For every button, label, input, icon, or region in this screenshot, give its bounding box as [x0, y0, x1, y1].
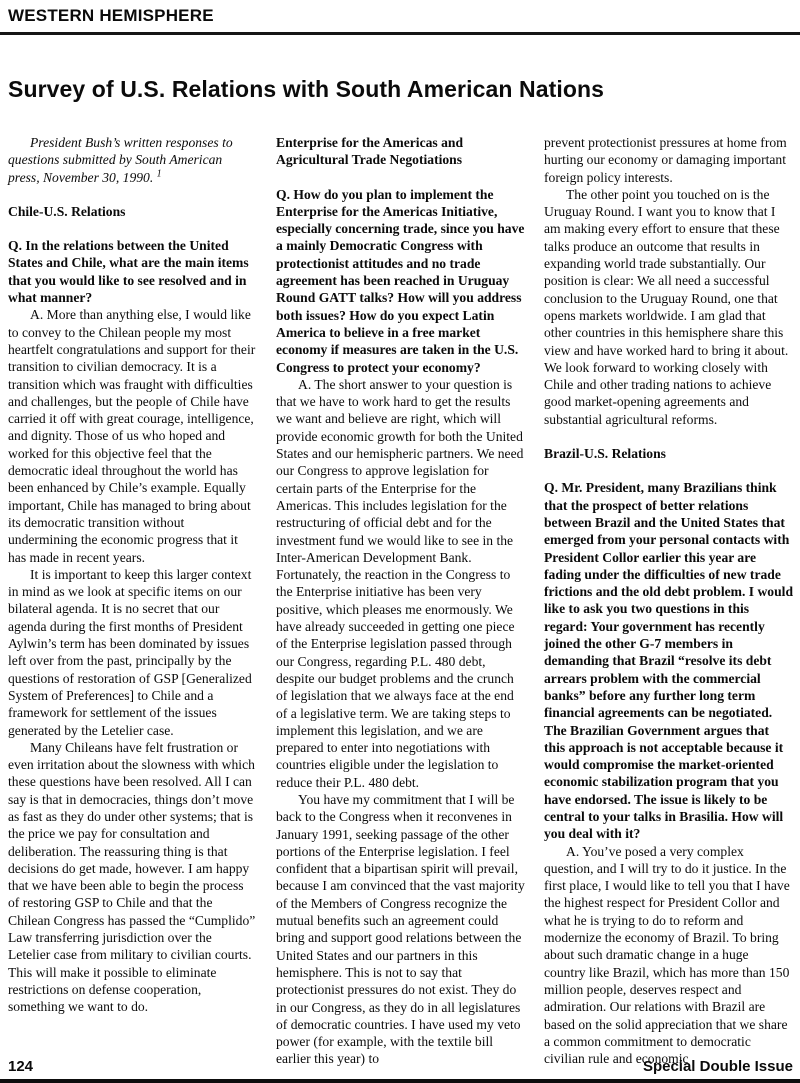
body-paragraph: A. More than anything else, I would like…: [8, 306, 257, 565]
section-heading: Enterprise for the Americas and Agricult…: [276, 134, 525, 169]
section-heading: Chile-U.S. Relations: [8, 203, 257, 220]
column-2: Enterprise for the Americas and Agricult…: [276, 134, 525, 1068]
attribution-note: President Bush’s written responses to qu…: [8, 134, 257, 186]
document-page: WESTERN HEMISPHERE Survey of U.S. Relati…: [0, 0, 800, 1083]
section-header: WESTERN HEMISPHERE: [8, 5, 793, 27]
section-heading: Brazil-U.S. Relations: [544, 445, 793, 462]
body-paragraph: A. You’ve posed a very complex question,…: [544, 843, 793, 1068]
column-1: President Bush’s written responses to qu…: [8, 134, 257, 1068]
column-3: prevent protectionist pressures at home …: [544, 134, 793, 1068]
body-paragraph: Many Chileans have felt frustration or e…: [8, 739, 257, 1016]
footer-rule: [0, 1079, 800, 1083]
footnote-marker: 1: [157, 168, 162, 179]
question-paragraph: Q. Mr. President, many Brazilians think …: [544, 479, 793, 842]
question-paragraph: Q. How do you plan to implement the Ente…: [276, 186, 525, 376]
header-rule: [0, 32, 800, 35]
article-columns: President Bush’s written responses to qu…: [8, 134, 793, 1068]
question-paragraph: Q. In the relations between the United S…: [8, 237, 257, 306]
body-paragraph: prevent protectionist pressures at home …: [544, 134, 793, 186]
page-number: 124: [8, 1058, 33, 1075]
body-paragraph: You have my commitment that I will be ba…: [276, 791, 525, 1068]
body-paragraph: The other point you touched on is the Ur…: [544, 186, 793, 428]
body-paragraph: It is important to keep this larger cont…: [8, 566, 257, 739]
issue-label: Special Double Issue: [643, 1058, 793, 1075]
body-paragraph: A. The short answer to your question is …: [276, 376, 525, 791]
page-footer: 124 Special Double Issue: [8, 1058, 793, 1075]
page-title: Survey of U.S. Relations with South Amer…: [8, 75, 793, 103]
